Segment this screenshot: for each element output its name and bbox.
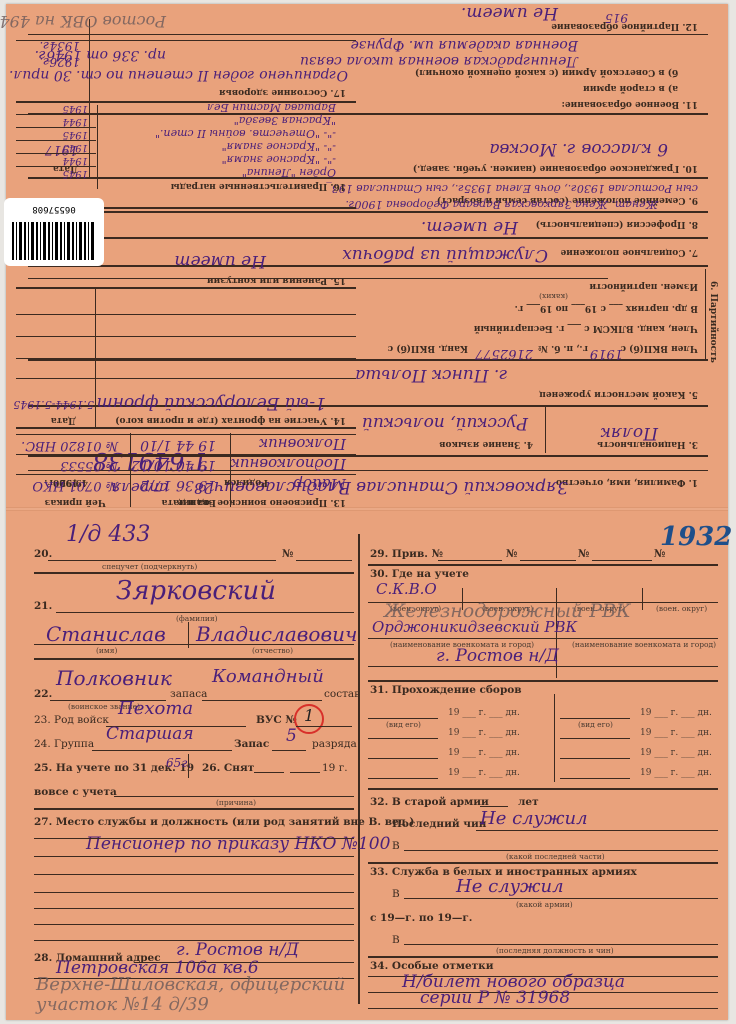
- military-office: Орджоникидзевский РВК: [372, 618, 577, 636]
- rank-date: 19 40 10/12: [131, 457, 216, 473]
- training-row: 19 ___ г. ___ дн.: [640, 768, 712, 778]
- barcode-icon: [12, 222, 96, 260]
- s6-card-no: 2162577: [475, 346, 533, 361]
- rank-assigned: Подполковник: [231, 455, 346, 473]
- s6-card-label: г., п. б. №: [538, 343, 588, 353]
- s8-value: Не имеет.: [421, 217, 518, 237]
- s6-member-label: Член ВКП(б) с: [621, 343, 698, 353]
- training-row: 19 ___ г. ___ дн.: [640, 748, 712, 758]
- s11b-value-2: Военная академия им. Фрунзе: [351, 37, 578, 53]
- award-year: 1945: [63, 129, 88, 140]
- rank-date: 19 36 17/2: [140, 477, 216, 493]
- card-fold: [6, 507, 728, 511]
- s6-change: Измен. партийности: [589, 281, 698, 291]
- s4-value: Русский, польский: [362, 413, 528, 433]
- s14-date-header: Дата: [51, 415, 76, 425]
- award-year: 1945: [63, 103, 88, 114]
- s7-label: 7. Социальное положение: [561, 247, 699, 257]
- s6-komsomol: Член, канд. ВЛКСМ с ___ г. Беспартийный: [474, 323, 698, 333]
- barcode-label: 06557608: [4, 198, 104, 266]
- s13-col-year: Год и дата: [162, 497, 216, 507]
- s20-value: 1/д 433: [66, 522, 150, 547]
- last-rank: Не служил: [480, 808, 588, 829]
- foreign-army-service: Не служил: [456, 876, 564, 897]
- s15-label: 15. Ранения или контузии: [207, 275, 346, 285]
- office-city: г. Ростов н/Д: [436, 646, 559, 666]
- s6-cand-label: Канд. ВКП(б) с: [388, 343, 468, 353]
- group: Старшая: [106, 724, 194, 744]
- s14-label: 14. Участие на фронтах (где и против ког…: [115, 415, 346, 425]
- s17-label: 17. Состояние здоровья: [219, 87, 346, 97]
- s9-value-1: Женат. Жена Зярковская Варвара Федоровна…: [346, 198, 659, 211]
- training-row: 19 ___ г. ___ дн.: [640, 708, 712, 718]
- ref-mark: 915: [605, 11, 628, 25]
- rank-order: № 05533: [60, 458, 118, 473]
- rank-assigned: Майор: [293, 475, 346, 493]
- award-item: Орден "Ленина": [242, 166, 336, 179]
- s5-label: 5. Какой местности уроженец: [539, 389, 698, 399]
- training-row: 19 ___ г. ___ дн.: [448, 748, 520, 758]
- rank: Полковник: [56, 666, 172, 690]
- s5-value: г. Пинск Польша: [355, 365, 508, 385]
- s16-label: 16. Правительственные награды: [171, 181, 346, 191]
- rank-date: 19 44 1/10: [140, 437, 216, 453]
- address-pencil-1: Верхне-Шиловская, офицерский: [36, 974, 345, 995]
- award-item: "Красная Звезда": [234, 114, 336, 127]
- vus-number: 1: [304, 706, 314, 725]
- rank-assigned: Полковник: [259, 435, 346, 453]
- patronymic: Владиславович: [196, 622, 357, 646]
- district: С.К.В.О: [376, 580, 437, 598]
- s17-value-2: пр. 336 от 1946г.: [35, 47, 166, 63]
- s3-value: Поляк: [601, 423, 658, 443]
- s9-value-2: сын Ростислав 1930г., дочь Елена 1935г.,…: [326, 182, 698, 195]
- training-row: 19 ___ г. ___ дн.: [640, 728, 712, 738]
- training-row: 19 ___ г. ___ дн.: [448, 728, 520, 738]
- award-year: 1945: [63, 142, 88, 153]
- s8-label: 8. Профессия (специальность): [536, 219, 698, 229]
- reserve-category: 5: [286, 726, 297, 746]
- special-note-2: серии Р № 31968: [420, 988, 570, 1008]
- s17-value-1: Ограничено годен II степени по ст. 30 пр…: [9, 67, 348, 83]
- s6-other-parties: В др. партиях ___ с 19___ по 19___ г.: [515, 303, 698, 313]
- card-bottom-half: 20. 1/д 433 № спецучет (подчеркнуть) 21.…: [6, 514, 728, 1020]
- s12-value: Не имеет.: [461, 3, 558, 23]
- award-year: 1944: [63, 116, 88, 127]
- rank-order: № 01820 НВС.: [21, 438, 118, 453]
- s1-label: 1. Фамилия, имя, отчество: [556, 477, 698, 487]
- s6-label: 6. Партийность: [708, 281, 718, 363]
- s13-col-order: Чей приказ: [45, 497, 106, 507]
- military-registration-card: 49/92 1. Фамилия, имя, отчество Зярковск…: [6, 4, 728, 1020]
- s15-value: Не имеет: [174, 251, 266, 271]
- surname: Зярковский: [116, 576, 276, 606]
- s11-label: 11. Военное образование:: [562, 99, 698, 109]
- s10-label: 10. Гражданское образование (наимен. уче…: [413, 163, 698, 173]
- first-name: Станислав: [46, 622, 166, 646]
- address-pencil-2: участок №14 д/39: [36, 994, 209, 1015]
- s14-value: 1-ый Белорусский фронт: [97, 393, 326, 413]
- s4-label: 4. Знание языков: [439, 439, 533, 449]
- training-row: 19 ___ г. ___ дн.: [448, 708, 520, 718]
- s11a-label: а) в старой армии: [583, 83, 678, 93]
- staff-type: Командный: [212, 666, 324, 687]
- award-year: 1944: [63, 155, 88, 166]
- address-line-1: г. Ростов н/Д: [176, 940, 299, 960]
- barcode-number: 06557608: [4, 204, 104, 214]
- rank-order: № 0701 НКО: [32, 478, 118, 493]
- s10-value: 6 классов г. Москва: [489, 139, 668, 159]
- s6-member-year: 1919: [590, 346, 623, 361]
- training-row: 19 ___ г. ___ дн.: [448, 768, 520, 778]
- s14-date: 5.1944-5.1945: [13, 398, 94, 411]
- branch: Пехота: [118, 698, 193, 719]
- award-item: -"- "Красное знамя": [222, 140, 336, 153]
- service-place: Пенсионер по приказу НКО №100: [86, 834, 390, 854]
- s7-value: Служащий из рабочих: [342, 245, 548, 265]
- award-year: 1945: [63, 168, 88, 179]
- award-item: -"- "Отечеств. войны II степ.": [155, 127, 336, 140]
- award-item: -"- "Красное знамя": [222, 153, 336, 166]
- header-note: Ростов ОВК на 49469: [0, 12, 166, 31]
- stamp-1932: 1932: [660, 522, 732, 552]
